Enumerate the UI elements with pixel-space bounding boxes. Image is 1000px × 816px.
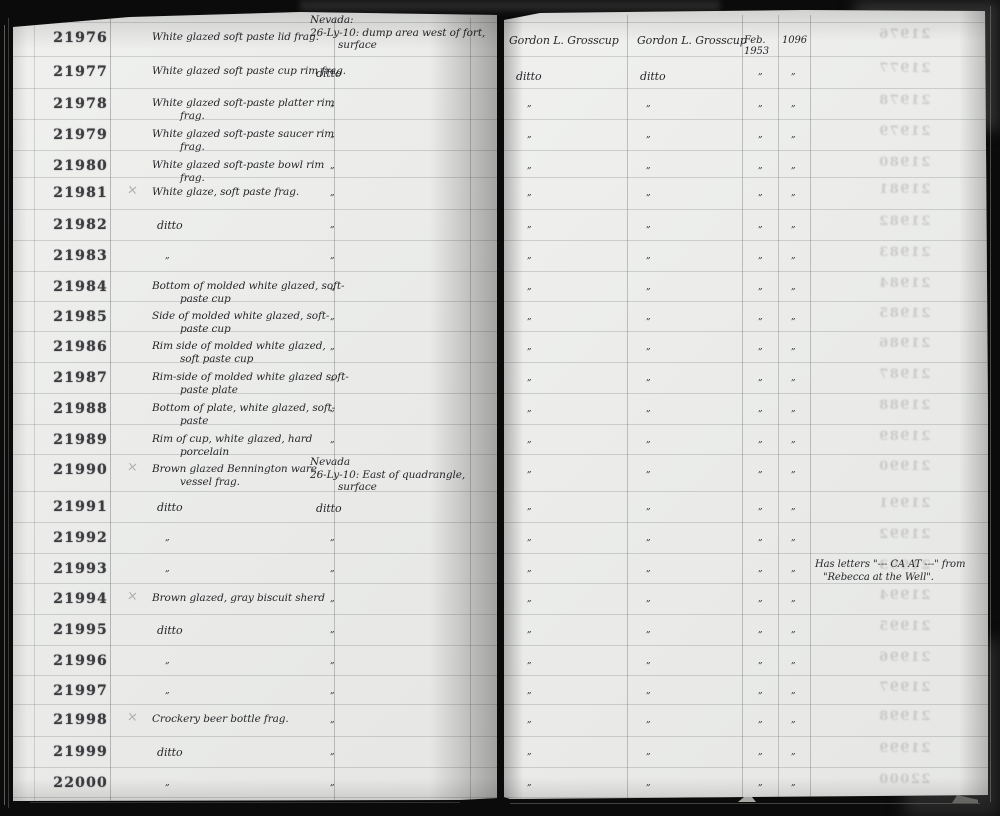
ditto-mark: „: [791, 342, 797, 352]
ghost-number: 21998: [876, 709, 932, 724]
ditto-mark: „: [330, 188, 336, 198]
description-text-line: Brown glazed Bennington ware,: [152, 463, 320, 476]
ghost-number: 21979: [876, 124, 932, 139]
ghost-number: 21999: [876, 741, 932, 756]
catalog-number: 21976: [38, 30, 108, 46]
description-text: White glaze, soft paste frag.: [152, 186, 299, 199]
ditto-mark: „: [791, 715, 797, 725]
ghost-number: 21984: [876, 276, 932, 291]
ditto-mark: „: [330, 130, 336, 140]
ditto-mark: „: [330, 715, 336, 725]
ruled-line: [504, 177, 988, 178]
ditto-mark: „: [330, 251, 336, 261]
ditto-mark: „: [330, 747, 336, 757]
ditto-mark: „: [646, 220, 652, 230]
locality-text-line: Nevada:: [310, 14, 485, 27]
catalog-number: 21983: [38, 248, 108, 264]
ruled-line: [504, 150, 988, 151]
locality-text: Nevada:26-Ly-10: dump area west of fort,…: [310, 14, 485, 52]
catalog-number: 21977: [38, 64, 108, 80]
ruled-line: [13, 522, 497, 523]
catalog-number: 21980: [38, 158, 108, 174]
ruled-line: [504, 736, 988, 737]
ditto-mark: „: [330, 594, 336, 604]
ruled-line: [13, 240, 497, 241]
x-mark: ×: [126, 459, 138, 475]
catalog-number: 21979: [38, 127, 108, 143]
ruled-line: [13, 736, 497, 737]
ditto-mark: „: [527, 715, 533, 725]
catalog-number: 21998: [38, 712, 108, 728]
ruled-line: [504, 645, 988, 646]
ditto-mark: „: [646, 342, 652, 352]
locality-text-line: Nevada: [310, 456, 465, 469]
ruled-line: [504, 454, 988, 455]
ruled-line: [13, 88, 497, 89]
cataloguer-ditto: ditto: [640, 71, 666, 84]
ditto-mark: „: [758, 373, 764, 383]
ditto-mark: „: [646, 282, 652, 292]
ditto-mark: „: [165, 656, 171, 666]
ditto-mark: „: [527, 686, 533, 696]
ruled-line: [504, 424, 988, 425]
ditto-mark: „: [791, 282, 797, 292]
ditto-mark: „: [758, 67, 764, 77]
collector-signature: Gordon L. Grosscup: [509, 35, 619, 48]
ruled-line: [504, 393, 988, 394]
x-mark: ×: [126, 588, 138, 604]
accession-number: 1096: [782, 35, 807, 48]
right-page: Gordon L. GrosscupGordon L. GrosscupFeb.…: [504, 9, 988, 801]
ditto-mark: „: [791, 312, 797, 322]
ghost-number: 21985: [876, 306, 932, 321]
description-text: Rim side of molded white glazed,soft pas…: [152, 340, 326, 365]
description-text-line: porcelain: [180, 446, 312, 459]
description-text: Rim of cup, white glazed, hardporcelain: [152, 433, 312, 458]
description-text: Rim-side of molded white glazed soft-pas…: [152, 371, 349, 396]
description-text-line: White glazed soft-paste platter rim: [152, 97, 335, 110]
description-text-line: frag.: [180, 172, 324, 185]
ditto-mark: „: [758, 161, 764, 171]
ditto-mark: „: [527, 564, 533, 574]
ditto-mark: „: [527, 747, 533, 757]
ruled-line: [504, 675, 988, 676]
ghost-number: 21977: [876, 61, 932, 76]
ditto-mark: „: [758, 342, 764, 352]
ditto-mark: „: [758, 282, 764, 292]
catalog-number: 21988: [38, 401, 108, 417]
page-edge-highlight: [990, 6, 991, 802]
ditto-mark: „: [527, 282, 533, 292]
ghost-number: 21994: [876, 588, 932, 603]
x-mark: ×: [126, 709, 138, 725]
description-text-line: Rim-side of molded white glazed soft-: [152, 371, 349, 384]
description-text-line: vessel frag.: [180, 476, 320, 489]
ghost-number: 21996: [876, 650, 932, 665]
ditto-mark: „: [791, 533, 797, 543]
ditto-mark: „: [165, 778, 171, 788]
ditto-mark: „: [527, 188, 533, 198]
ditto-mark: „: [646, 656, 652, 666]
scanner-bed: [300, 0, 720, 11]
ditto-mark: „: [758, 435, 764, 445]
ruled-line: [13, 767, 497, 768]
ditto-mark: „: [527, 502, 533, 512]
ditto-mark: „: [758, 747, 764, 757]
ghost-number: 21981: [876, 182, 932, 197]
ruled-line: [13, 56, 497, 57]
description-text: White glazed soft-paste saucer rimfrag.: [152, 128, 334, 153]
description-ditto: ditto: [157, 747, 183, 760]
locality-text-line: surface: [338, 39, 485, 52]
description-text: Brown glazed, gray biscuit sherd: [152, 592, 325, 605]
catalog-number: 21994: [38, 591, 108, 607]
catalog-number: 21993: [38, 561, 108, 577]
cataloguer-signature-line: Gordon L. Grosscup: [637, 35, 747, 48]
ditto-mark: „: [758, 502, 764, 512]
ditto-mark: „: [165, 251, 171, 261]
description-text-line: soft paste cup: [180, 353, 326, 366]
ghost-number: 21989: [876, 429, 932, 444]
ruled-line: [504, 119, 988, 120]
ditto-mark: „: [646, 747, 652, 757]
ghost-number: 21992: [876, 527, 932, 542]
catalog-number: 21989: [38, 432, 108, 448]
column-line: [34, 18, 35, 801]
ditto-mark: „: [527, 778, 533, 788]
ditto-mark: „: [758, 594, 764, 604]
description-text: White glazed soft-paste platter rimfrag.: [152, 97, 335, 122]
ditto-mark: „: [646, 465, 652, 475]
description-text: Bottom of plate, white glazed, soft-past…: [152, 402, 335, 427]
catalog-date-line: 1953: [744, 46, 769, 57]
ruled-line: [504, 491, 988, 492]
description-ditto: ditto: [157, 502, 183, 515]
ruled-line: [504, 553, 988, 554]
ditto-mark: „: [646, 404, 652, 414]
ditto-mark: „: [527, 435, 533, 445]
ditto-mark: „: [758, 99, 764, 109]
column-line: [110, 18, 111, 801]
description-text-line: White glazed soft paste lid frag.: [152, 31, 319, 44]
ditto-mark: „: [527, 161, 533, 171]
catalog-number: 21992: [38, 530, 108, 546]
ditto-mark: „: [527, 251, 533, 261]
ditto-mark: „: [646, 373, 652, 383]
description-text: Side of molded white glazed, soft-paste …: [152, 310, 329, 335]
ditto-mark: „: [527, 404, 533, 414]
ditto-mark: „: [791, 99, 797, 109]
catalog-date: Feb.1953: [744, 35, 769, 57]
description-text-line: Bottom of molded white glazed, soft-: [152, 280, 344, 293]
ditto-mark: „: [330, 686, 336, 696]
ghost-number: 22000: [876, 772, 932, 787]
ditto-mark: „: [330, 282, 336, 292]
ruled-line: [504, 522, 988, 523]
ditto-mark: „: [330, 435, 336, 445]
ledger-scan: 21976White glazed soft paste lid frag.Ne…: [0, 0, 1000, 816]
description-text-line: White glaze, soft paste frag.: [152, 186, 299, 199]
ruled-line: [504, 614, 988, 615]
ditto-mark: „: [758, 625, 764, 635]
ditto-mark: „: [758, 656, 764, 666]
ditto-mark: „: [646, 594, 652, 604]
ruled-line: [13, 271, 497, 272]
ditto-mark: „: [758, 686, 764, 696]
ditto-mark: „: [791, 465, 797, 475]
ditto-mark: „: [330, 99, 336, 109]
catalog-number: 22000: [38, 775, 108, 791]
catalog-date-line: Feb.: [744, 35, 769, 46]
ditto-mark: „: [791, 564, 797, 574]
description-text-line: Bottom of plate, white glazed, soft-: [152, 402, 335, 415]
ghost-number: 21982: [876, 214, 932, 229]
description-text-line: Crockery beer bottle frag.: [152, 713, 289, 726]
description-text-line: paste plate: [180, 384, 349, 397]
ruled-line: [504, 209, 988, 210]
remark-note-line: Has letters "--- CA AT ---" from: [815, 558, 965, 571]
catalog-number: 21982: [38, 217, 108, 233]
page-edge-highlight: [8, 18, 9, 808]
ditto-mark: „: [330, 312, 336, 322]
ruled-line: [13, 797, 497, 798]
ditto-mark: „: [791, 188, 797, 198]
catalog-number: 21995: [38, 622, 108, 638]
x-mark: ×: [126, 182, 138, 198]
catalog-number: 21981: [38, 185, 108, 201]
ditto-mark: „: [791, 130, 797, 140]
ruled-line: [504, 88, 988, 89]
catalog-number: 21997: [38, 683, 108, 699]
ditto-mark: „: [527, 465, 533, 475]
ruled-line: [504, 271, 988, 272]
catalog-number: 21999: [38, 744, 108, 760]
ruled-line: [504, 331, 988, 332]
locality-text-line: surface: [338, 481, 465, 494]
ditto-mark: „: [791, 161, 797, 171]
ditto-mark: „: [646, 686, 652, 696]
ditto-mark: „: [646, 778, 652, 788]
ruled-line: [504, 22, 988, 23]
catalog-number: 21991: [38, 499, 108, 515]
ditto-mark: „: [791, 404, 797, 414]
column-line: [778, 15, 779, 799]
catalog-number: 21978: [38, 96, 108, 112]
ditto-mark: „: [527, 99, 533, 109]
ditto-mark: „: [646, 251, 652, 261]
ditto-mark: „: [758, 465, 764, 475]
ditto-mark: „: [791, 251, 797, 261]
ditto-mark: „: [646, 312, 652, 322]
description-text-line: Rim side of molded white glazed,: [152, 340, 326, 353]
description-text-line: paste: [180, 415, 335, 428]
locality-text-line: 26-Ly-10: East of quadrangle,: [310, 469, 465, 482]
description-text-line: frag.: [180, 141, 334, 154]
ruled-line: [504, 704, 988, 705]
ruled-line: [13, 645, 497, 646]
description-text-line: paste cup: [180, 293, 344, 306]
ruled-line: [504, 362, 988, 363]
ditto-mark: „: [330, 373, 336, 383]
ditto-mark: „: [330, 625, 336, 635]
ditto-mark: „: [758, 251, 764, 261]
ruled-line: [504, 240, 988, 241]
ditto-mark: „: [758, 715, 764, 725]
ditto-mark: „: [165, 564, 171, 574]
ditto-mark: „: [330, 564, 336, 574]
ghost-number: 21976: [876, 27, 932, 42]
ditto-mark: „: [791, 656, 797, 666]
ditto-mark: „: [791, 778, 797, 788]
ditto-mark: „: [646, 625, 652, 635]
description-text-line: Rim of cup, white glazed, hard: [152, 433, 312, 446]
ditto-mark: „: [527, 342, 533, 352]
page-edge-highlight: [4, 25, 5, 805]
description-ditto: ditto: [157, 220, 183, 233]
ditto-mark: „: [758, 220, 764, 230]
locality-text: Nevada26-Ly-10: East of quadrangle,surfa…: [310, 456, 465, 494]
ditto-mark: „: [791, 502, 797, 512]
ditto-mark: „: [758, 778, 764, 788]
ruled-line: [13, 583, 497, 584]
ruled-line: [13, 675, 497, 676]
ruled-line: [13, 209, 497, 210]
ditto-mark: „: [791, 67, 797, 77]
ditto-mark: „: [527, 312, 533, 322]
ditto-mark: „: [758, 404, 764, 414]
ruled-line: [504, 767, 988, 768]
ditto-mark: „: [791, 625, 797, 635]
ditto-mark: „: [758, 533, 764, 543]
ditto-mark: „: [791, 435, 797, 445]
ditto-mark: „: [646, 161, 652, 171]
ditto-mark: „: [758, 130, 764, 140]
ghost-number: 21983: [876, 245, 932, 260]
column-line: [470, 18, 471, 801]
ruled-line: [13, 704, 497, 705]
ditto-mark: „: [758, 564, 764, 574]
description-text-line: Brown glazed, gray biscuit sherd: [152, 592, 325, 605]
ditto-mark: „: [165, 533, 171, 543]
ditto-mark: „: [330, 220, 336, 230]
ditto-mark: „: [527, 625, 533, 635]
ditto-mark: „: [791, 594, 797, 604]
ditto-mark: „: [646, 435, 652, 445]
ditto-mark: „: [758, 312, 764, 322]
ditto-mark: „: [646, 130, 652, 140]
description-ditto: ditto: [157, 625, 183, 638]
cataloguer-signature: Gordon L. Grosscup: [637, 35, 747, 48]
ghost-number: 21991: [876, 496, 932, 511]
ditto-mark: „: [527, 373, 533, 383]
description-text-line: paste cup: [180, 323, 329, 336]
ditto-mark: „: [330, 161, 336, 171]
ditto-mark: „: [791, 220, 797, 230]
description-text: White glazed soft-paste bowl rimfrag.: [152, 159, 324, 184]
ditto-mark: „: [330, 342, 336, 352]
ditto-mark: „: [646, 564, 652, 574]
ditto-mark: „: [330, 778, 336, 788]
column-line: [810, 15, 811, 799]
collector-ditto: ditto: [516, 71, 542, 84]
ditto-mark: „: [791, 373, 797, 383]
column-line: [627, 15, 628, 799]
ditto-mark: „: [758, 188, 764, 198]
ruled-line: [13, 614, 497, 615]
ditto-mark: „: [646, 188, 652, 198]
locality-text-line: 26-Ly-10: dump area west of fort,: [310, 27, 485, 40]
description-text-line: frag.: [180, 110, 335, 123]
catalog-number: 21985: [38, 309, 108, 325]
page-edge-highlight: [30, 802, 460, 803]
description-text: Bottom of molded white glazed, soft-past…: [152, 280, 344, 305]
ditto-mark: „: [527, 656, 533, 666]
catalog-number: 21990: [38, 462, 108, 478]
ditto-mark: „: [527, 533, 533, 543]
description-text: Brown glazed Bennington ware,vessel frag…: [152, 463, 320, 488]
ghost-number: 21995: [876, 619, 932, 634]
ditto-mark: „: [791, 686, 797, 696]
ruled-line: [13, 553, 497, 554]
ditto-mark: „: [646, 502, 652, 512]
ditto-mark: „: [165, 686, 171, 696]
left-page: 21976White glazed soft paste lid frag.Ne…: [13, 10, 497, 802]
ghost-number: 21978: [876, 93, 932, 108]
remark-note: Has letters "--- CA AT ---" from"Rebecca…: [815, 558, 965, 584]
locality-ditto: ditto: [316, 503, 342, 516]
ditto-mark: „: [330, 404, 336, 414]
ghost-number: 21986: [876, 336, 932, 351]
locality-ditto: ditto: [316, 68, 342, 81]
ditto-mark: „: [330, 533, 336, 543]
remark-note-line: "Rebecca at the Well".: [823, 571, 965, 584]
catalog-number: 21987: [38, 370, 108, 386]
accession-number-line: 1096: [782, 35, 807, 48]
ditto-mark: „: [527, 594, 533, 604]
description-text-line: Side of molded white glazed, soft-: [152, 310, 329, 323]
ghost-number: 21990: [876, 459, 932, 474]
ghost-number: 21988: [876, 398, 932, 413]
catalog-number: 21984: [38, 279, 108, 295]
ditto-mark: „: [646, 533, 652, 543]
catalog-number: 21996: [38, 653, 108, 669]
description-text: White glazed soft paste lid frag.: [152, 31, 319, 44]
ditto-mark: „: [527, 130, 533, 140]
ghost-number: 21997: [876, 680, 932, 695]
ditto-mark: „: [527, 220, 533, 230]
ghost-number: 21980: [876, 155, 932, 170]
ditto-mark: „: [646, 99, 652, 109]
description-text-line: White glazed soft-paste bowl rim: [152, 159, 324, 172]
collector-signature-line: Gordon L. Grosscup: [509, 35, 619, 48]
column-line: [742, 15, 743, 799]
ditto-mark: „: [646, 715, 652, 725]
ghost-number: 21987: [876, 367, 932, 382]
ruled-line: [504, 301, 988, 302]
page-edge-highlight: [510, 803, 980, 804]
description-text-line: White glazed soft-paste saucer rim: [152, 128, 334, 141]
ditto-mark: „: [330, 656, 336, 666]
ditto-mark: „: [791, 747, 797, 757]
description-text: Crockery beer bottle frag.: [152, 713, 289, 726]
catalog-number: 21986: [38, 339, 108, 355]
